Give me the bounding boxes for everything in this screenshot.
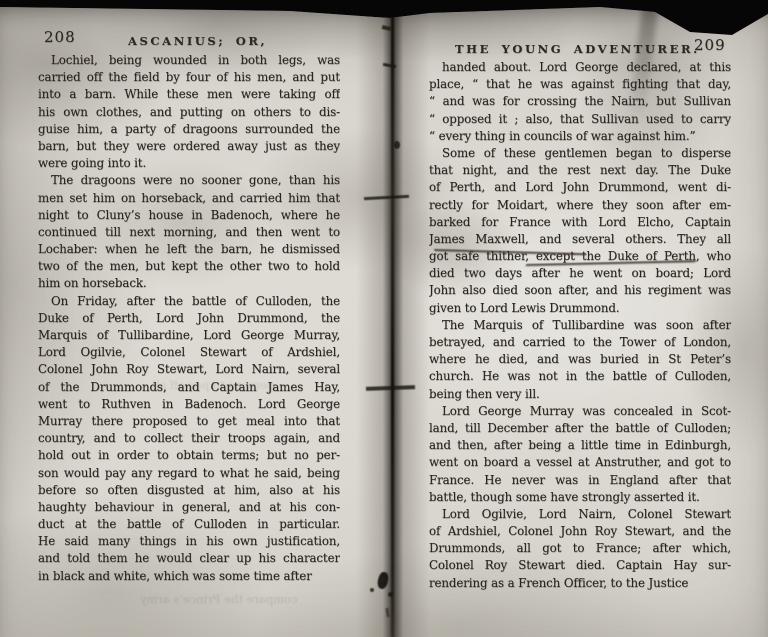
left-running-head: ASCANIUS; OR, [128,34,267,48]
show-through-text: compare the Prince’s army [140,592,297,606]
text-line: Lord George Murray was concealed in Scot… [429,403,731,420]
text-line: barked for France with Lord Elcho, Capta… [429,214,731,231]
text-line: being then very ill. [429,386,731,403]
text-line: “ every thing in councils of war against… [429,128,731,145]
text-line: He said many things in his own justifica… [38,533,340,550]
text-line: “ and was for crossing the Nairn, but Su… [429,93,731,110]
text-line: carried off the field by four of his men… [38,69,340,86]
text-line: in black and white, which was some time … [38,568,340,585]
right-page-number: 209 [694,36,726,54]
text-line: Marquis of Tullibardine, Lord George Mur… [38,327,340,344]
text-line: went on board a vessel at Anstruther, an… [429,454,731,471]
text-line: battle, though some have strongly assert… [429,489,731,506]
right-page: THE YOUNG ADVENTURER. 209 handed about. … [398,0,768,637]
text-line: Duke of Perth, Lord John Drummond, the [38,310,340,327]
text-line: given to Lord Lewis Drummond. [429,300,731,317]
text-line: duct at the battle of Culloden in partic… [38,516,340,533]
text-line: and told them he would clear up his char… [38,550,340,567]
text-line: son would pay any regard to what he said… [38,465,340,482]
text-line: went to Ruthven in Badenoch. Lord George [38,396,340,413]
text-line: Lochiel, being wounded in both legs, was [38,52,340,69]
text-line: night to Cluny’s house in Badenoch, wher… [38,207,340,224]
binding-ink-dot [385,608,389,617]
text-line: John also died soon after, and his regim… [429,282,731,299]
text-line: Some of these gentlemen began to dispers… [429,145,731,162]
text-line: Lord Ogilvie, Colonel Stewart of Ardshie… [38,344,340,361]
text-line: The Marquis of Tullibardine was soon aft… [429,317,731,334]
text-line: of Ardshiel, Colonel John Roy Stewart, a… [429,523,731,540]
text-line: On Friday, after the battle of Culloden,… [38,293,340,310]
text-line: hold out in order to obtain terms; but n… [38,447,340,464]
text-line: guise him, a party of dragoons surrounde… [38,121,340,138]
text-line: land, till December after the battle of … [429,420,731,437]
text-line: Murray there proposed to get meal into t… [38,413,340,430]
text-line: place, “ that he was against fighting th… [429,76,731,93]
text-line: betrayed, and carried to the Tower of Lo… [429,334,731,351]
text-line: that night, and the rest next day. The D… [429,162,731,179]
text-line: were going into it. [38,155,340,172]
text-line: rendering as a French Officer, to the Ju… [429,575,731,592]
text-line: continued till next morning, and then we… [38,224,340,241]
binding-stitch-mark [382,25,392,31]
text-line: his own clothes, and putting on others t… [38,104,340,121]
text-line: country, and to collect their troops aga… [38,430,340,447]
text-line: handed about. Lord George declared, at t… [429,59,731,76]
text-line: church. He was not in the battle of Cull… [429,368,731,385]
text-line: of Perth, and Lord John Drummond, went d… [429,179,731,196]
text-line: where he died, and was buried in St Pete… [429,351,731,368]
text-line: died two days after he went on board; Lo… [429,265,731,282]
left-page: 208 ASCANIUS; OR, Lochiel, being wounded… [0,0,380,637]
text-line: rectly for Moidart, where they soon afte… [429,197,731,214]
text-line: Colonel Roy Stewart died. Captain Hay su… [429,557,731,574]
text-line: and then, after being a little time in E… [429,437,731,454]
text-line: into a barn. While these men were taking… [38,86,340,103]
text-line: men set him on horseback, and carried hi… [38,190,340,207]
text-line: before so often disgusted at him, also a… [38,482,340,499]
left-page-number: 208 [44,28,76,46]
left-page-text: Lochiel, being wounded in both legs, was… [38,52,340,585]
text-line: him on horseback. [38,275,340,292]
show-through-text: persons to pay off all [152,378,274,392]
page-spread-paper: 208 ASCANIUS; OR, Lochiel, being wounded… [0,0,768,637]
right-running-head: THE YOUNG ADVENTURER. [455,42,700,56]
text-line: Lord Ogilvie, Lord Nairn, Colonel Stewar… [429,506,731,523]
text-line: James Maxwell, and several others. They … [429,231,731,248]
binding-stitch-mark [383,63,396,68]
text-line: “ opposed it ; also, that Sullivan used … [429,111,731,128]
text-line: Colonel John Roy Stewart, Lord Nairn, se… [38,361,340,378]
text-line: France. He never was in England after th… [429,472,731,489]
right-page-text: handed about. Lord George declared, at t… [429,59,731,592]
text-line: barn, but they were ordered away just as… [38,138,340,155]
text-line: The dragoons were no sooner gone, than h… [38,172,340,189]
text-line: two of the men, but kept the other two t… [38,258,340,275]
binding-ink-dot [388,592,393,597]
text-line: Lochaber: when he left the barn, he dism… [38,241,340,258]
book-scan: 208 ASCANIUS; OR, Lochiel, being wounded… [0,0,768,637]
binding-fold-line [391,10,394,637]
text-line: Drummonds, all got to France; after whic… [429,540,731,557]
text-line: haughty behaviour in general, and at his… [38,499,340,516]
